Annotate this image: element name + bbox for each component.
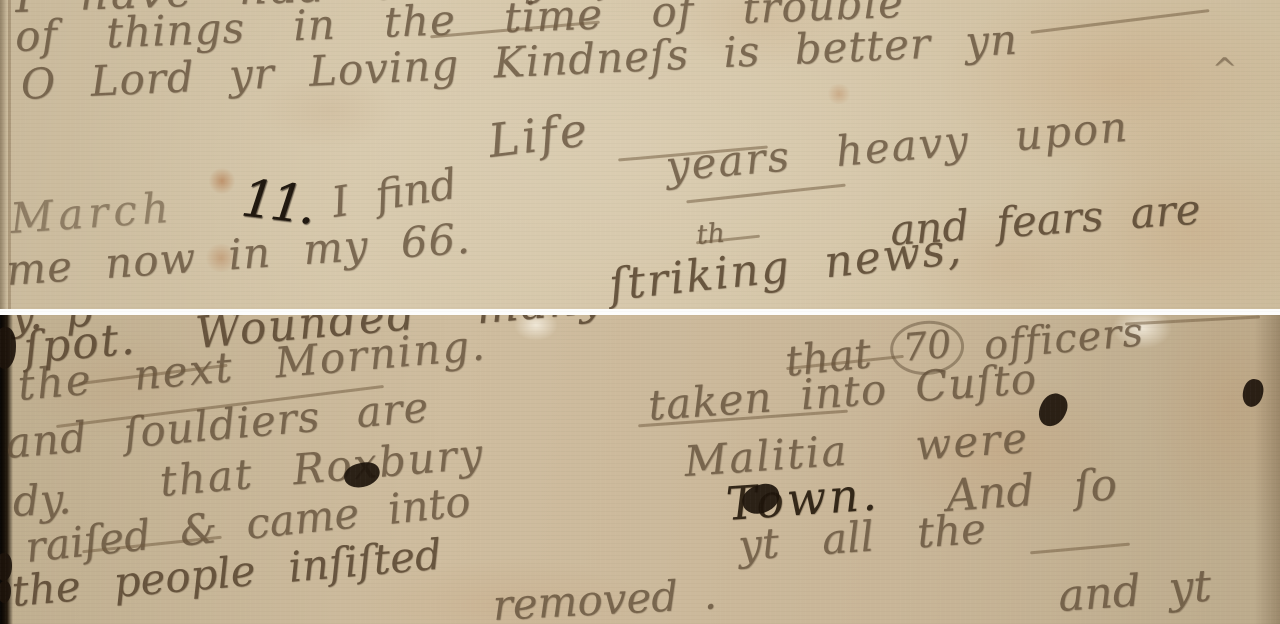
handwriting-line-5b: years heavy upon (664, 102, 1131, 191)
handwriting-superscript-th: th (695, 218, 726, 251)
top-scan-section: I have had a very ſ of things in the tim… (0, 0, 1280, 310)
ink-blot (0, 327, 16, 369)
handwriting-line-7: ſtriking news, (607, 223, 965, 310)
paper-stain (208, 168, 236, 194)
page-edge-shadow (1254, 315, 1280, 624)
handwriting-line-4-life: Life (485, 102, 592, 168)
ink-stroke (1030, 543, 1130, 555)
handwriting-line-h-right: and yt (1056, 560, 1212, 622)
paper-stain (826, 84, 852, 104)
insertion-caret-mark: ^ (1212, 52, 1237, 87)
bottom-scan-section: y. p ſpot. Wounded many the next Morning… (0, 315, 1280, 624)
ink-stroke (1030, 9, 1209, 34)
handwriting-line-h: removed . (491, 569, 717, 624)
ink-blot (1034, 389, 1072, 431)
manuscript-page: I have had a very ſ of things in the tim… (0, 0, 1280, 624)
handwriting-date-month: March (9, 183, 176, 243)
